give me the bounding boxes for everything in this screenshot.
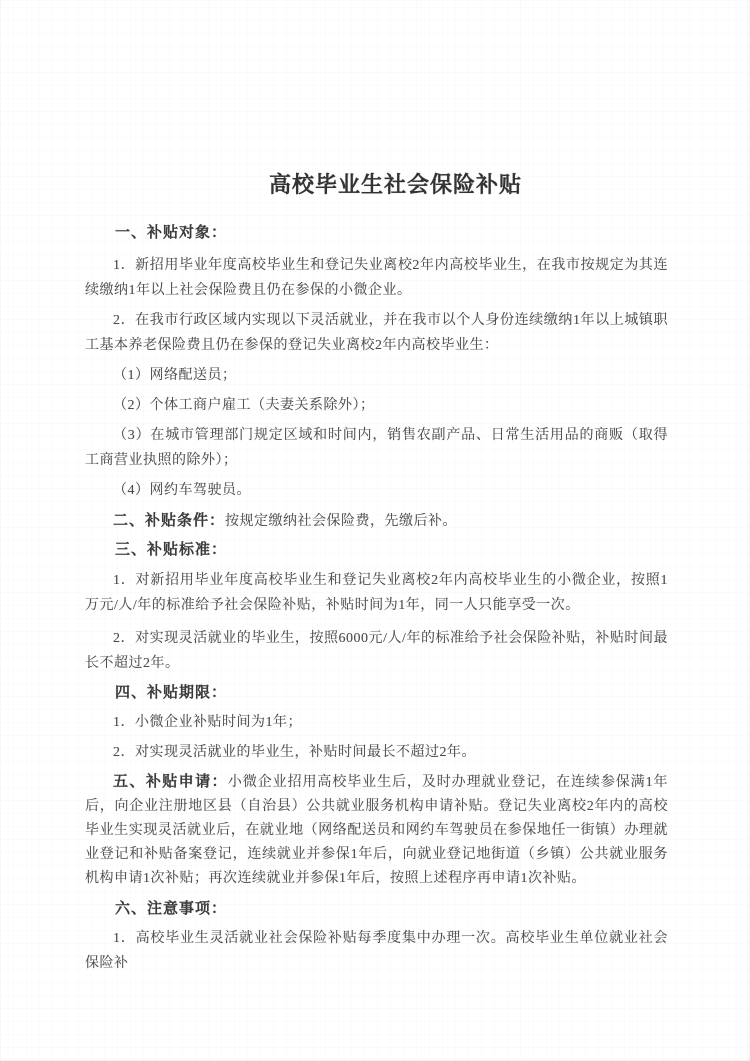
section-6-heading: 六、注意事项： bbox=[85, 896, 668, 921]
list-item: 2．对实现灵活就业的毕业生，补贴时间最长不超过2年。 bbox=[85, 740, 668, 765]
section-3-heading: 三、补贴标准： bbox=[85, 537, 668, 562]
paragraph: 1．新招用毕业年度高校毕业生和登记失业离校2年内高校毕业生，在我市按规定为其连续… bbox=[85, 253, 668, 303]
list-item: （1）网络配送员； bbox=[85, 363, 668, 388]
paragraph: 2．对实现灵活就业的毕业生，按照6000元/人/年的标准给予社会保险补贴，补贴时… bbox=[85, 626, 668, 676]
document-page: 高校毕业生社会保险补贴 一、补贴对象： 1．新招用毕业年度高校毕业生和登记失业离… bbox=[0, 0, 750, 1061]
paragraph: 1．高校毕业生灵活就业社会保险补贴每季度集中办理一次。高校毕业生单位就业社会保险… bbox=[85, 926, 668, 976]
list-item: （2）个体工商户雇工（夫妻关系除外）； bbox=[85, 393, 668, 418]
list-item: 1．小微企业补贴时间为1年； bbox=[85, 710, 668, 735]
paragraph: 2．在我市行政区域内实现以下灵活就业，并在我市以个人身份连续缴纳1年以上城镇职工… bbox=[85, 308, 668, 358]
section-5-heading-line: 五、补贴申请：小微企业招用高校毕业生后，及时办理就业登记，在连续参保满1年后，向… bbox=[85, 770, 668, 891]
section-2-heading-line: 二、补贴条件：按规定缴纳社会保险费，先缴后补。 bbox=[85, 508, 668, 534]
section-5-heading: 五、补贴申请： bbox=[113, 773, 228, 790]
section-5-text: 小微企业招用高校毕业生后，及时办理就业登记，在连续参保满1年后，向企业注册地区县… bbox=[85, 775, 668, 886]
list-item: （3）在城市管理部门规定区域和时间内，销售农副产品、日常生活用品的商贩（取得工商… bbox=[85, 423, 668, 473]
section-2-heading: 二、补贴条件： bbox=[113, 512, 225, 529]
section-1-heading: 一、补贴对象： bbox=[85, 220, 668, 245]
section-4-heading: 四、补贴期限： bbox=[85, 680, 668, 705]
paragraph: 1．对新招用毕业年度高校毕业生和登记失业离校2年内高校毕业生的小微企业，按照1万… bbox=[85, 568, 668, 618]
document-title: 高校毕业生社会保险补贴 bbox=[104, 170, 687, 200]
section-2-text: 按规定缴纳社会保险费，先缴后补。 bbox=[225, 514, 457, 529]
list-item: （4）网约车驾驶员。 bbox=[85, 478, 668, 503]
